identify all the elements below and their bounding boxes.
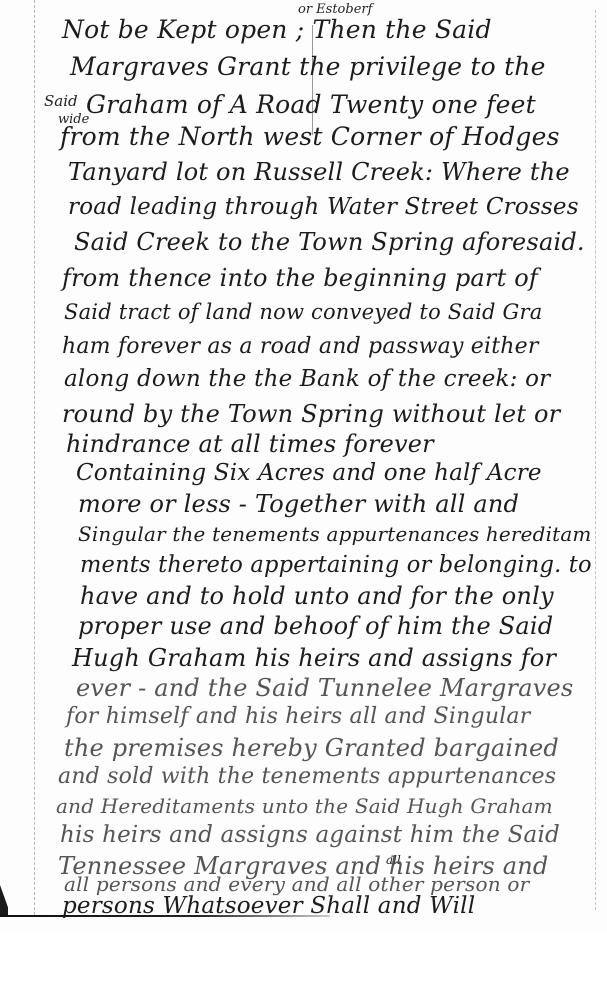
bottom-page-edge (0, 915, 330, 917)
page-corner-shadow (0, 885, 8, 917)
text-line-17: ments thereto appertaining or belonging.… (80, 552, 592, 578)
text-line-21: ever - and the Said Tunnelee Margraves (76, 674, 573, 702)
text-line-3: Graham of A Road Twenty one feet (86, 90, 536, 119)
text-line-12: round by the Town Spring without let or (62, 400, 560, 428)
text-line-6: road leading through Water Street Crosse… (68, 194, 579, 220)
text-line-25: and Hereditaments unto the Said Hugh Gra… (56, 794, 553, 818)
text-line-26: his heirs and assigns against him the Sa… (60, 822, 560, 848)
scanned-deed-page: or Estoberf Said wide all Not be Kept op… (0, 0, 607, 930)
text-line-4: from the North west Corner of Hodges (60, 122, 560, 151)
text-line-13: hindrance at all times forever (66, 430, 434, 458)
text-line-18: have and to hold unto and for the only (80, 582, 554, 610)
text-line-15: more or less - Together with all and (78, 490, 519, 518)
text-line-22: for himself and his heirs all and Singul… (66, 704, 530, 729)
text-line-16: Singular the tenements appurtenances her… (78, 522, 592, 546)
text-line-1: Not be Kept open ; Then the Said (62, 15, 492, 44)
text-line-14: Containing Six Acres and one half Acre (76, 460, 542, 486)
text-line-23: the premises hereby Granted bargained (64, 734, 559, 762)
right-page-edge (595, 10, 596, 910)
text-line-11: along down the the Bank of the creek: or (64, 366, 550, 392)
left-margin-rule (34, 0, 35, 915)
text-line-2: Margraves Grant the privilege to the (70, 52, 546, 81)
text-line-10: ham forever as a road and passway either (62, 334, 539, 359)
text-line-20: Hugh Graham his heirs and assigns for (72, 644, 556, 672)
text-line-19: proper use and behoof of him the Said (78, 612, 553, 640)
text-line-8: from thence into the beginning part of (62, 264, 538, 292)
text-line-9: Said tract of land now conveyed to Said … (64, 300, 542, 324)
text-line-24: and sold with the tenements appurtenance… (58, 764, 556, 789)
text-line-7: Said Creek to the Town Spring aforesaid. (74, 228, 585, 256)
text-line-5: Tanyard lot on Russell Creek: Where the (68, 158, 570, 186)
insert-annotation-said: Said (44, 92, 78, 110)
